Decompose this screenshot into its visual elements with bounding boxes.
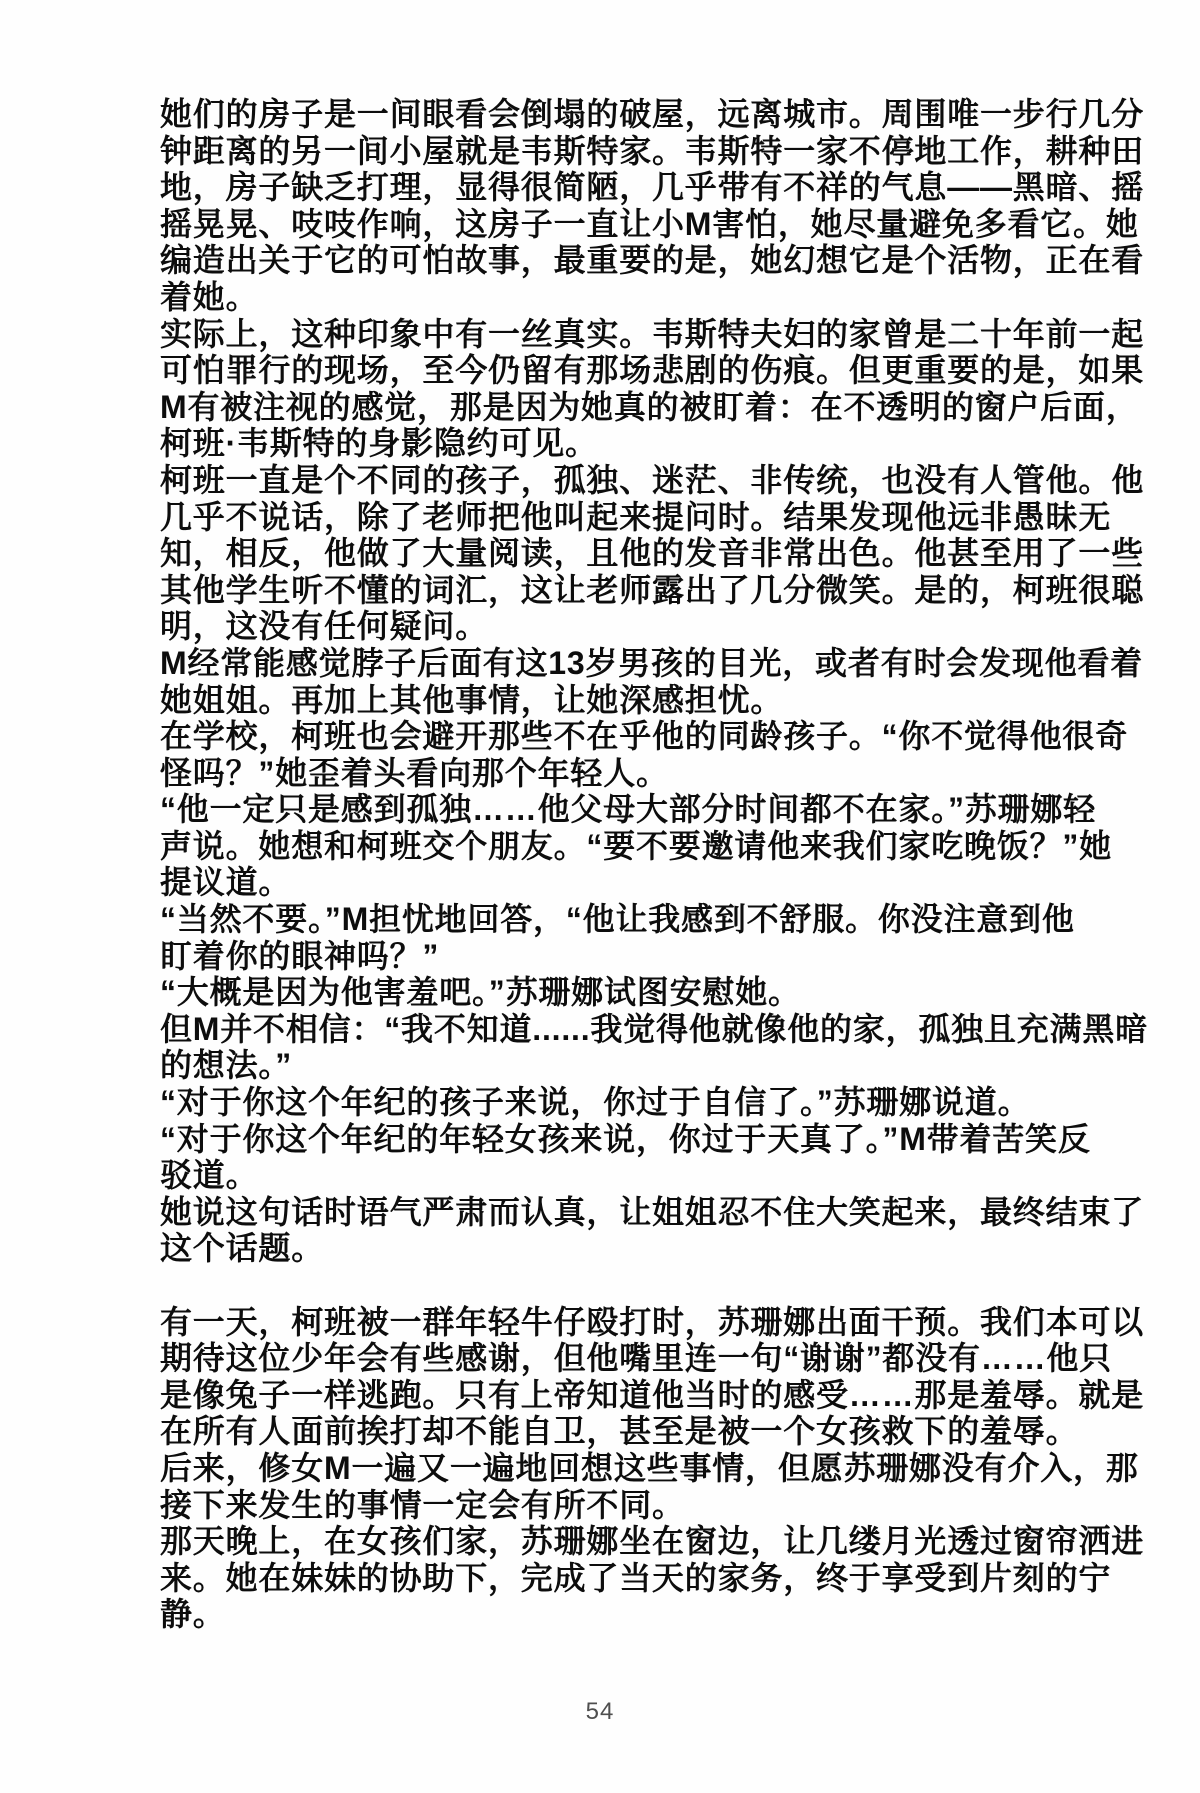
text-line: 明，这没有任何疑问。 [160, 608, 1052, 645]
text-line: 静。 [160, 1596, 1052, 1633]
text-line: 摇晃晃、吱吱作响，这房子一直让小M害怕，她尽量避免多看它。她 [160, 206, 1052, 243]
text-line: 其他学生听不懂的词汇，这让老师露出了几分微笑。是的，柯班很聪 [160, 572, 1052, 609]
page-number: 54 [0, 1698, 1200, 1726]
text-line: 有一天，柯班被一群年轻牛仔殴打时，苏珊娜出面干预。我们本可以 [160, 1304, 1052, 1341]
text-line: 她说这句话时语气严肃而认真，让姐姐忍不住大笑起来，最终结束了 [160, 1194, 1052, 1231]
text-line: “对于你这个年纪的年轻女孩来说，你过于天真了。”M带着苦笑反 [160, 1121, 1052, 1158]
text-line [160, 1267, 1052, 1304]
text-line: 实际上，这种印象中有一丝真实。韦斯特夫妇的家曾是二十年前一起 [160, 316, 1052, 353]
text-line: “当然不要。”M担忧地回答，“他让我感到不舒服。你没注意到他 [160, 901, 1052, 938]
text-line: 地，房子缺乏打理，显得很简陋，几乎带有不祥的气息——黑暗、摇 [160, 169, 1052, 206]
text-block: 她们的房子是一间眼看会倒塌的破屋，远离城市。周围唯一步行几分钟距离的另一间小屋就… [160, 96, 1052, 1633]
text-line: 是像兔子一样逃跑。只有上帝知道他当时的感受……那是羞辱。就是 [160, 1377, 1052, 1414]
text-line: 接下来发生的事情一定会有所不同。 [160, 1487, 1052, 1524]
text-line: 期待这位少年会有些感谢，但他嘴里连一句“谢谢”都没有……他只 [160, 1340, 1052, 1377]
text-line: 编造出关于它的可怕故事，最重要的是，她幻想它是个活物，正在看 [160, 242, 1052, 279]
text-line: 盯着你的眼神吗？” [160, 938, 1052, 975]
text-line: 柯班·韦斯特的身影隐约可见。 [160, 425, 1052, 462]
text-line: 这个话题。 [160, 1230, 1052, 1267]
text-line: 提议道。 [160, 864, 1052, 901]
text-line: 怪吗？”她歪着头看向那个年轻人。 [160, 755, 1052, 792]
text-line: 驳道。 [160, 1157, 1052, 1194]
text-line: M经常能感觉脖子后面有这13岁男孩的目光，或者有时会发现他看着 [160, 645, 1052, 682]
text-line: 的想法。” [160, 1047, 1052, 1084]
text-line: 声说。她想和柯班交个朋友。“要不要邀请他来我们家吃晚饭？”她 [160, 828, 1052, 865]
text-line: 柯班一直是个不同的孩子，孤独、迷茫、非传统，也没有人管他。他 [160, 462, 1052, 499]
text-line: 钟距离的另一间小屋就是韦斯特家。韦斯特一家不停地工作，耕种田 [160, 133, 1052, 170]
text-line: 着她。 [160, 279, 1052, 316]
text-line: 她姐姐。再加上其他事情，让她深感担忧。 [160, 682, 1052, 719]
text-line: 可怕罪行的现场，至今仍留有那场悲剧的伤痕。但更重要的是，如果 [160, 352, 1052, 389]
text-line: “大概是因为他害羞吧。”苏珊娜试图安慰她。 [160, 974, 1052, 1011]
text-line: “他一定只是感到孤独……他父母大部分时间都不在家。”苏珊娜轻 [160, 791, 1052, 828]
text-line: 那天晚上，在女孩们家，苏珊娜坐在窗边，让几缕月光透过窗帘洒进 [160, 1523, 1052, 1560]
book-page: 她们的房子是一间眼看会倒塌的破屋，远离城市。周围唯一步行几分钟距离的另一间小屋就… [0, 0, 1200, 1793]
text-line: 来。她在妹妹的协助下，完成了当天的家务，终于享受到片刻的宁 [160, 1560, 1052, 1597]
text-line: 但M并不相信：“我不知道......我觉得他就像他的家，孤独且充满黑暗 [160, 1011, 1052, 1048]
text-line: 在所有人面前挨打却不能自卫，甚至是被一个女孩救下的羞辱。 [160, 1413, 1052, 1450]
text-line: 在学校，柯班也会避开那些不在乎他的同龄孩子。“你不觉得他很奇 [160, 718, 1052, 755]
text-line: 几乎不说话，除了老师把他叫起来提问时。结果发现他远非愚昧无 [160, 499, 1052, 536]
text-line: 她们的房子是一间眼看会倒塌的破屋，远离城市。周围唯一步行几分 [160, 96, 1052, 133]
text-line: M有被注视的感觉，那是因为她真的被盯着：在不透明的窗户后面， [160, 389, 1052, 426]
text-line: 后来，修女M一遍又一遍地回想这些事情，但愿苏珊娜没有介入，那 [160, 1450, 1052, 1487]
text-line: “对于你这个年纪的孩子来说，你过于自信了。”苏珊娜说道。 [160, 1084, 1052, 1121]
text-line: 知，相反，他做了大量阅读，且他的发音非常出色。他甚至用了一些 [160, 535, 1052, 572]
